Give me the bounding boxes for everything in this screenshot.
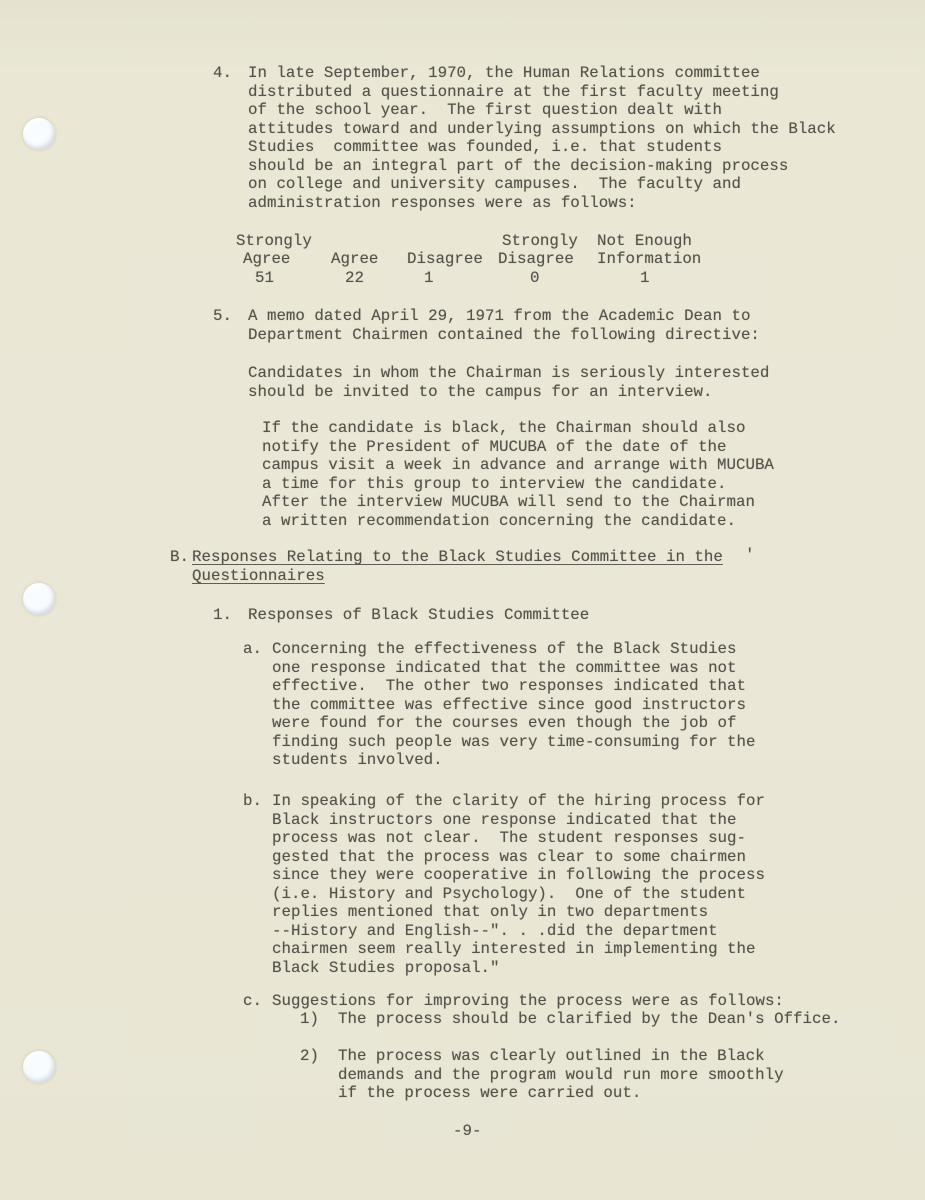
point-2-number: 2) — [300, 1047, 319, 1066]
item-5-number: 5. — [213, 307, 232, 326]
survey-value-disagree: 1 — [424, 269, 433, 288]
item-4-paragraph: In late September, 1970, the Human Relat… — [248, 64, 836, 212]
survey-header-strongly-disagree-line1: Strongly — [502, 232, 578, 251]
sub-item-b-letter: b. — [243, 792, 262, 811]
survey-header-not-enough-line2: Information — [597, 250, 701, 269]
survey-header-strongly-disagree-line2: Disagree — [498, 250, 574, 269]
stray-mark: ' — [745, 546, 754, 565]
item-1-number: 1. — [213, 606, 232, 625]
survey-header-disagree: Disagree — [407, 250, 483, 269]
item-4-number: 4. — [213, 64, 232, 83]
section-b-heading: Responses Relating to the Black Studies … — [192, 548, 723, 585]
item-5-paragraph: A memo dated April 29, 1971 from the Aca… — [248, 307, 760, 344]
section-b-letter: B. — [170, 548, 189, 567]
sub-item-b-paragraph: In speaking of the clarity of the hiring… — [272, 792, 765, 977]
survey-header-strongly-agree-line1: Strongly — [236, 232, 312, 251]
sub-item-a-letter: a. — [243, 640, 262, 659]
point-1-number: 1) — [300, 1010, 319, 1029]
survey-value-strongly-disagree: 0 — [530, 269, 539, 288]
document-page: 4. In late September, 1970, the Human Re… — [0, 0, 925, 1200]
punch-hole-middle — [23, 583, 55, 615]
sub-item-c-letter: c. — [243, 992, 262, 1011]
survey-value-agree: 22 — [345, 269, 364, 288]
survey-header-strongly-agree-line2: Agree — [243, 250, 290, 269]
sub-item-c-paragraph: Suggestions for improving the process we… — [272, 992, 784, 1011]
survey-value-strongly-agree: 51 — [255, 269, 274, 288]
sub-item-a-paragraph: Concerning the effectiveness of the Blac… — [272, 640, 755, 770]
directive-quote-continued: If the candidate is black, the Chairman … — [262, 419, 774, 530]
punch-hole-bottom — [23, 1051, 55, 1083]
directive-quote: Candidates in whom the Chairman is serio… — [248, 364, 769, 401]
page-number: -9- — [453, 1122, 481, 1141]
point-2-text: The process was clearly outlined in the … — [338, 1047, 784, 1103]
item-1-heading: Responses of Black Studies Committee — [248, 606, 589, 625]
survey-value-not-enough: 1 — [640, 269, 649, 288]
punch-hole-top — [23, 118, 55, 150]
survey-header-agree: Agree — [331, 250, 378, 269]
point-1-text: The process should be clarified by the D… — [338, 1010, 840, 1029]
survey-header-not-enough-line1: Not Enough — [597, 232, 692, 251]
